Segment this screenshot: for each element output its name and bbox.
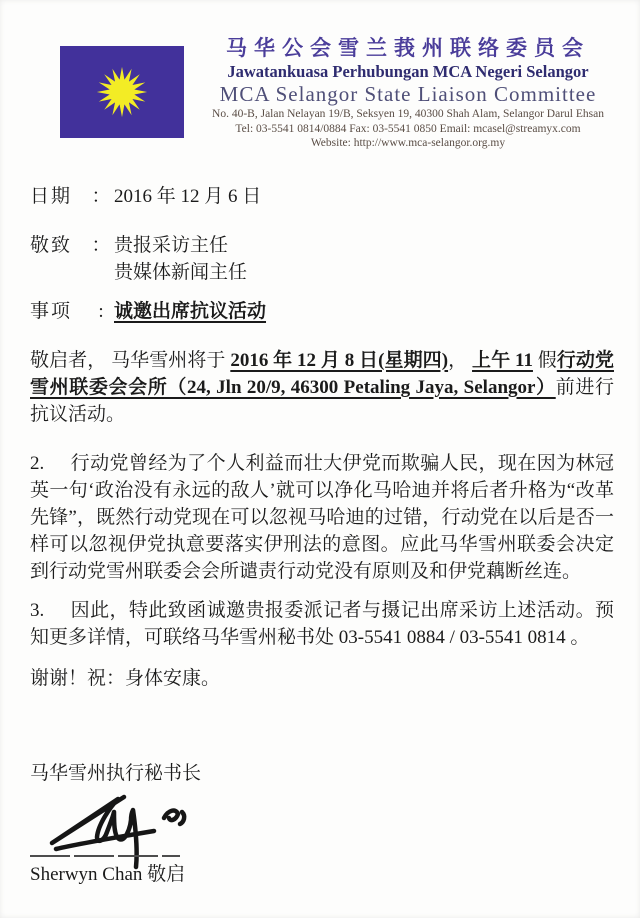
para1-event-date: 2016 年 12 月 8 日(星期四) [230,350,448,371]
letterhead: 马华公会雪兰莪州联络委员会 Jawatankuasa Perhubungan M… [0,0,640,151]
date-label: 日期 [30,183,88,210]
to-label: 敬致 [30,232,88,286]
subject-value: 诚邀出席抗议活动 [114,301,266,322]
para3-text: 因此，特此致函诚邀贵报委派记者与摄记出席采访上述活动。预知更多详情，可联络马华雪… [30,600,614,648]
subject-label: 事项 [30,298,88,325]
para2-text: 行动党曾经为了个人利益而壮大伊党而欺骗人民，现在因为林冠英一句‘政治没有永远的敌… [30,453,614,582]
para3-number: 3. [30,600,44,621]
org-address: No. 40-B, Jalan Nelayan 19/B, Seksyen 19… [190,107,626,122]
para1-mid2: 假 [533,350,557,371]
org-contact: Tel: 03-5541 0814/0884 Fax: 03-5541 0850… [190,122,626,137]
org-website: Website: http://www.mca-selangor.org.my [190,136,626,151]
para1-mid1: ， [448,350,472,371]
date-row: 日期 ： 2016 年 12 月 6 日 [30,183,614,210]
to-colon: ： [88,232,114,286]
paragraph-2: 2.行动党曾经为了个人利益而壮大伊党而欺骗人民，现在因为林冠英一句‘政治没有永远… [30,450,614,585]
org-name-english: MCA Selangor State Liaison Committee [190,82,626,107]
org-name-chinese: 马华公会雪兰莪州联络委员会 [190,36,626,61]
recipient-1: 贵报采访主任 [114,232,614,259]
recipient-row: 敬致 ： 贵报采访主任 贵媒体新闻主任 [30,232,614,286]
org-name-malay: Jawatankuasa Perhubungan MCA Negeri Sela… [190,61,626,82]
subject-row: 事项 : 诚邀出席抗议活动 [30,298,614,325]
date-value: 2016 年 12 月 6 日 [114,183,614,210]
signature-block: Sherwyn Chan 敬启 [30,789,614,885]
date-colon: ： [88,183,114,210]
letter-body: 日期 ： 2016 年 12 月 6 日 敬致 ： 贵报采访主任 贵媒体新闻主任… [30,183,614,885]
subject-colon: : [88,298,114,325]
scanned-letter-page: 马华公会雪兰莪州联络委员会 Jawatankuasa Perhubungan M… [0,0,640,918]
para1-prefix: 敬启者， 马华雪州将于 [30,350,230,371]
letterhead-text: 马华公会雪兰莪州联络委员会 Jawatankuasa Perhubungan M… [184,36,626,151]
mca-logo [60,46,184,138]
mca-star-icon [85,55,159,129]
signature-line [30,855,180,857]
recipient-list: 贵报采访主任 贵媒体新闻主任 [114,232,614,286]
paragraph-1: 敬启者， 马华雪州将于 2016 年 12 月 8 日(星期四)， 上午 11 … [30,347,614,428]
paragraph-3: 3.因此，特此致函诚邀贵报委派记者与摄记出席采访上述活动。预知更多详情，可联络马… [30,597,614,651]
recipient-2: 贵媒体新闻主任 [114,259,614,286]
closing-line: 谢谢！祝：身体安康。 [30,665,614,692]
para1-event-time: 上午 11 [472,350,533,371]
signatory-name: Sherwyn Chan 敬启 [30,861,185,888]
signatory-title: 马华雪州执行秘书长 [30,760,614,787]
para2-number: 2. [30,453,44,474]
